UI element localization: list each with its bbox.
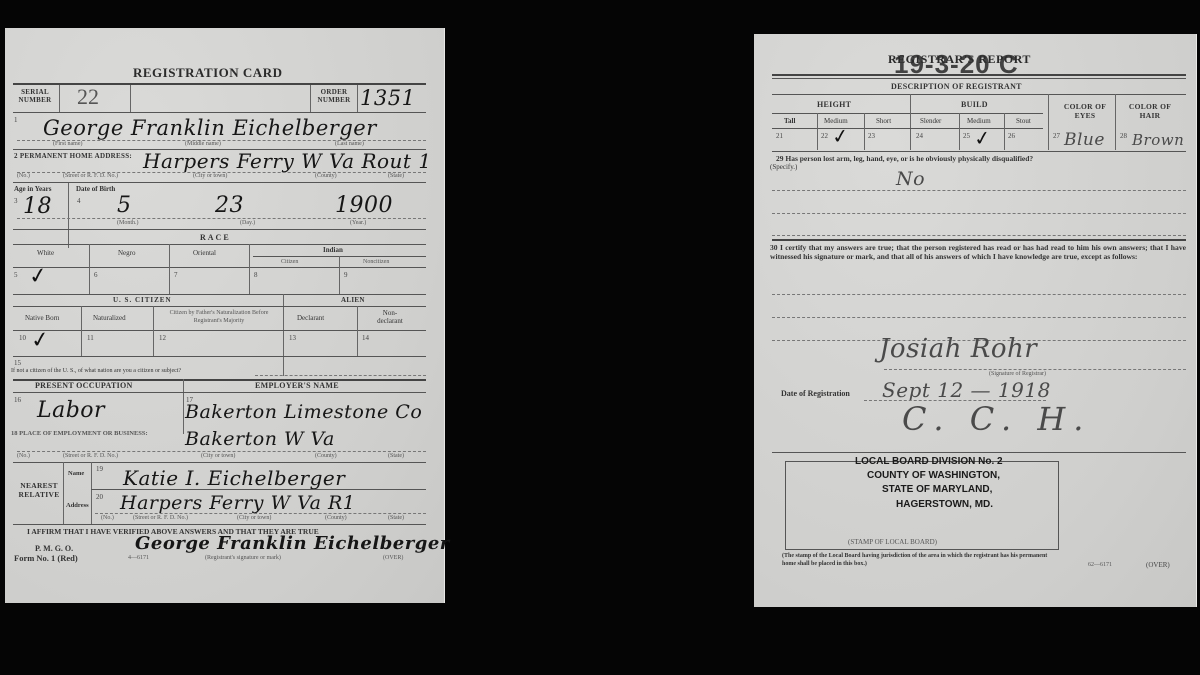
nearest-relative-label: NEAREST RELATIVE bbox=[14, 481, 64, 499]
first-name-sublabel: (First name) bbox=[53, 141, 83, 147]
divider bbox=[255, 375, 426, 376]
field-number: 5 bbox=[14, 271, 18, 279]
occupation-value: Labor bbox=[37, 398, 105, 423]
build-stout-label: Stout bbox=[1016, 117, 1031, 125]
form-number: Form No. 1 (Red) bbox=[14, 553, 78, 563]
divider bbox=[772, 94, 1186, 95]
field-number: 24 bbox=[916, 132, 923, 140]
specify-label: (Specify.) bbox=[770, 163, 797, 171]
home-address-label: 2 PERMANENT HOME ADDRESS: bbox=[14, 152, 132, 160]
address-no-sublabel: (No.) bbox=[17, 173, 30, 179]
naturalized-label: Naturalized bbox=[93, 314, 126, 322]
occupation-header: PRESENT OCCUPATION bbox=[35, 381, 133, 390]
divider bbox=[864, 113, 865, 150]
employment-street-sublabel: (Street or R. F. D. No.) bbox=[63, 453, 118, 459]
race-white-checkmark: ✓ bbox=[27, 263, 49, 290]
divider bbox=[310, 85, 311, 112]
divider bbox=[13, 229, 426, 230]
divider bbox=[17, 451, 426, 452]
relative-state-sublabel: (State) bbox=[388, 515, 404, 521]
build-slender-label: Slender bbox=[920, 117, 941, 125]
field-number: 12 bbox=[159, 334, 166, 342]
relative-street-sublabel: (Street or R. F. D. No.) bbox=[133, 515, 188, 521]
divider bbox=[59, 85, 60, 112]
divider bbox=[1004, 113, 1005, 150]
physical-disqualification-question: 29 Has person lost arm, leg, hand, eye, … bbox=[776, 154, 1033, 163]
relative-county-sublabel: (County) bbox=[325, 515, 347, 521]
employment-county-sublabel: (County) bbox=[315, 453, 337, 459]
eye-color-header: COLOR OF EYES bbox=[1059, 102, 1111, 120]
divider bbox=[183, 379, 184, 434]
address-state-sublabel: (State) bbox=[388, 173, 404, 179]
height-short-label: Short bbox=[876, 117, 891, 125]
field-number: 4 bbox=[77, 197, 81, 205]
dob-day: 23 bbox=[215, 193, 244, 218]
employment-place: Bakerton W Va bbox=[185, 428, 335, 450]
address-county-sublabel: (County) bbox=[315, 173, 337, 179]
registrant-signature: George Franklin Eichelberger bbox=[135, 533, 450, 554]
race-negro-label: Negro bbox=[118, 249, 136, 257]
divider bbox=[772, 78, 1186, 79]
us-citizen-header: U. S. CITIZEN bbox=[113, 296, 172, 304]
alien-header: ALIEN bbox=[341, 296, 365, 304]
dob-year-sublabel: (Year.) bbox=[350, 220, 366, 226]
hair-color-header: COLOR OF HAIR bbox=[1124, 102, 1176, 120]
serial-number: 22 bbox=[77, 84, 99, 110]
race-header: RACE bbox=[200, 233, 231, 242]
divider bbox=[772, 74, 1186, 76]
divider bbox=[13, 462, 426, 463]
relative-address-label: Address bbox=[66, 502, 89, 509]
field-number: 25 bbox=[963, 132, 970, 140]
date-of-registration-label: Date of Registration bbox=[781, 389, 850, 398]
dob-year: 1900 bbox=[335, 193, 393, 218]
relative-name: Katie I. Eichelberger bbox=[123, 466, 345, 490]
race-white-label: White bbox=[37, 249, 54, 257]
native-born-checkmark: ✓ bbox=[29, 327, 51, 354]
stamp-line-city: HAGERSTOWN, MD. bbox=[896, 499, 993, 510]
divider bbox=[13, 294, 426, 295]
race-indian-noncitizen-label: Noncitizen bbox=[363, 259, 389, 265]
divider bbox=[884, 369, 1186, 370]
relative-name-label: Name bbox=[68, 470, 84, 477]
dob-day-sublabel: (Day.) bbox=[240, 220, 255, 226]
order-number: 1351 bbox=[360, 86, 415, 110]
field-number: 6 bbox=[94, 271, 98, 279]
last-name-sublabel: (Last name) bbox=[335, 141, 364, 147]
employment-no-sublabel: (No.) bbox=[17, 453, 30, 459]
divider bbox=[13, 356, 426, 357]
employer-header: EMPLOYER'S NAME bbox=[255, 381, 339, 390]
field-number: 13 bbox=[289, 334, 296, 342]
divider bbox=[63, 462, 64, 524]
build-medium-checkmark: ✓ bbox=[972, 125, 992, 151]
hair-color-value: Brown bbox=[1132, 131, 1184, 149]
employment-state-sublabel: (State) bbox=[388, 453, 404, 459]
field-number: 15 bbox=[14, 359, 21, 367]
serial-number-label: SERIAL NUMBER bbox=[14, 88, 56, 104]
divider bbox=[772, 213, 1186, 214]
field-number: 14 bbox=[362, 334, 369, 342]
stamp-box-label: (STAMP OF LOCAL BOARD) bbox=[848, 538, 937, 546]
divider bbox=[772, 113, 1043, 114]
dob-label: Date of Birth bbox=[76, 185, 115, 193]
race-indian-header: Indian bbox=[323, 246, 343, 254]
field-number: 26 bbox=[1008, 132, 1015, 140]
over-label: (OVER) bbox=[383, 555, 403, 561]
divider bbox=[1115, 94, 1116, 150]
card-title: REGISTRATION CARD bbox=[133, 65, 282, 81]
registrars-report-card: 19-3-20 C REGISTRAR'S REPORT DESCRIPTION… bbox=[754, 34, 1197, 607]
divider bbox=[13, 244, 426, 245]
relative-city-sublabel: (City or town) bbox=[237, 515, 271, 521]
divider bbox=[772, 294, 1186, 295]
field-number: 21 bbox=[776, 132, 783, 140]
divider bbox=[81, 306, 82, 356]
field-number: 1 bbox=[14, 116, 18, 124]
non-declarant-label: Non-declarant bbox=[370, 309, 410, 325]
order-number-label: ORDER NUMBER bbox=[313, 88, 355, 104]
field-number: 10 bbox=[19, 334, 26, 342]
registration-card-front: REGISTRATION CARD SERIAL NUMBER 22 ORDER… bbox=[5, 28, 445, 603]
employment-city-sublabel: (City or town) bbox=[201, 453, 235, 459]
divider bbox=[13, 112, 426, 113]
divider bbox=[13, 330, 426, 331]
divider bbox=[13, 392, 426, 393]
field-number: 27 bbox=[1053, 132, 1060, 140]
divider bbox=[13, 182, 426, 183]
signature-label: (Registrant's signature or mark) bbox=[205, 555, 281, 561]
native-born-label: Native Born bbox=[25, 314, 59, 322]
home-address: Harpers Ferry W Va Rout 1 bbox=[143, 149, 432, 173]
divider bbox=[91, 462, 92, 524]
registrant-name: George Franklin Eichelberger bbox=[43, 116, 377, 140]
print-code: 62—6171 bbox=[1088, 562, 1112, 568]
field-number: 19 bbox=[96, 465, 103, 473]
age-value: 18 bbox=[23, 194, 52, 219]
divider bbox=[13, 267, 426, 268]
form-agency: P. M. G. O. bbox=[35, 544, 73, 553]
divider bbox=[772, 317, 1186, 318]
divider bbox=[910, 94, 911, 150]
registrar-initials: C. C. H. bbox=[902, 400, 1091, 438]
divider bbox=[68, 183, 69, 248]
field-number: 7 bbox=[174, 271, 178, 279]
field-number: 8 bbox=[254, 271, 258, 279]
address-street-sublabel: (Street or R. F. D. No.) bbox=[63, 173, 118, 179]
divider bbox=[339, 256, 340, 294]
relative-no-sublabel: (No.) bbox=[101, 515, 114, 521]
build-header: BUILD bbox=[961, 100, 988, 109]
over-label: (OVER) bbox=[1146, 561, 1170, 569]
date-of-registration: Sept 12 — 1918 bbox=[882, 378, 1051, 402]
divider bbox=[153, 306, 154, 356]
dob-month-sublabel: (Month.) bbox=[117, 220, 139, 226]
registrar-certification-text: 30 I certify that my answers are true; t… bbox=[770, 243, 1186, 261]
divider bbox=[13, 306, 426, 307]
declarant-label: Declarant bbox=[297, 314, 324, 322]
employer-name: Bakerton Limestone Co bbox=[185, 401, 422, 423]
field-number: 23 bbox=[868, 132, 875, 140]
divider bbox=[89, 244, 90, 294]
description-header: DESCRIPTION OF REGISTRANT bbox=[891, 82, 1022, 91]
stamp-line-county: COUNTY OF WASHINGTON, bbox=[867, 470, 1000, 481]
divider bbox=[357, 85, 358, 112]
divider bbox=[169, 244, 170, 294]
divider bbox=[772, 128, 1043, 129]
height-tall-label: Tall bbox=[784, 117, 795, 125]
divider bbox=[772, 190, 1186, 191]
height-medium-checkmark: ✓ bbox=[830, 123, 850, 149]
height-header: HEIGHT bbox=[817, 100, 851, 109]
field-number: 22 bbox=[821, 132, 828, 140]
citizen-by-father-label: Citizen by Father's Naturalization Befor… bbox=[160, 309, 278, 325]
card-title: REGISTRAR'S REPORT bbox=[888, 52, 1031, 67]
divider bbox=[1048, 94, 1049, 150]
divider bbox=[772, 235, 1186, 236]
foreign-citizenship-question: If not a citizen of the U. S., of what n… bbox=[11, 368, 181, 374]
divider bbox=[817, 113, 818, 150]
field-number: 28 bbox=[1120, 132, 1127, 140]
divider bbox=[95, 513, 426, 514]
field-number: 3 bbox=[14, 197, 18, 205]
physical-disqualification-answer: No bbox=[896, 168, 925, 190]
registrar-signature: Josiah Rohr bbox=[879, 334, 1037, 364]
divider bbox=[772, 452, 1186, 453]
divider bbox=[13, 83, 426, 85]
divider bbox=[772, 239, 1186, 241]
employment-place-label: 18 PLACE OF EMPLOYMENT OR BUSINESS: bbox=[11, 430, 148, 437]
field-number: 16 bbox=[14, 396, 21, 404]
divider bbox=[130, 85, 131, 112]
age-label: Age in Years bbox=[14, 185, 51, 193]
divider bbox=[249, 244, 250, 294]
divider bbox=[91, 489, 426, 490]
field-number: 20 bbox=[96, 493, 103, 501]
divider bbox=[17, 218, 426, 219]
divider bbox=[959, 113, 960, 150]
divider bbox=[772, 151, 1186, 152]
divider bbox=[13, 524, 426, 525]
field-number: 9 bbox=[344, 271, 348, 279]
field-number: 11 bbox=[87, 334, 94, 342]
stamp-instructions: (The stamp of the Local Board having jur… bbox=[782, 552, 1062, 568]
stamp-line-state: STATE OF MARYLAND, bbox=[882, 484, 992, 495]
relative-address: Harpers Ferry W Va R1 bbox=[120, 492, 355, 514]
race-indian-citizen-label: Citizen bbox=[281, 259, 298, 265]
stamp-line-division: LOCAL BOARD DIVISION No. 2 bbox=[855, 456, 1003, 467]
eye-color-value: Blue bbox=[1064, 130, 1105, 150]
address-city-sublabel: (City or town) bbox=[193, 173, 227, 179]
middle-name-sublabel: (Middle name) bbox=[185, 141, 221, 147]
print-code: 4—6171 bbox=[128, 555, 149, 561]
registrar-signature-label: (Signature of Registrar) bbox=[989, 371, 1046, 377]
dob-month: 5 bbox=[117, 193, 132, 218]
divider bbox=[357, 306, 358, 356]
race-oriental-label: Oriental bbox=[193, 249, 216, 257]
build-medium-label: Medium bbox=[967, 117, 991, 125]
